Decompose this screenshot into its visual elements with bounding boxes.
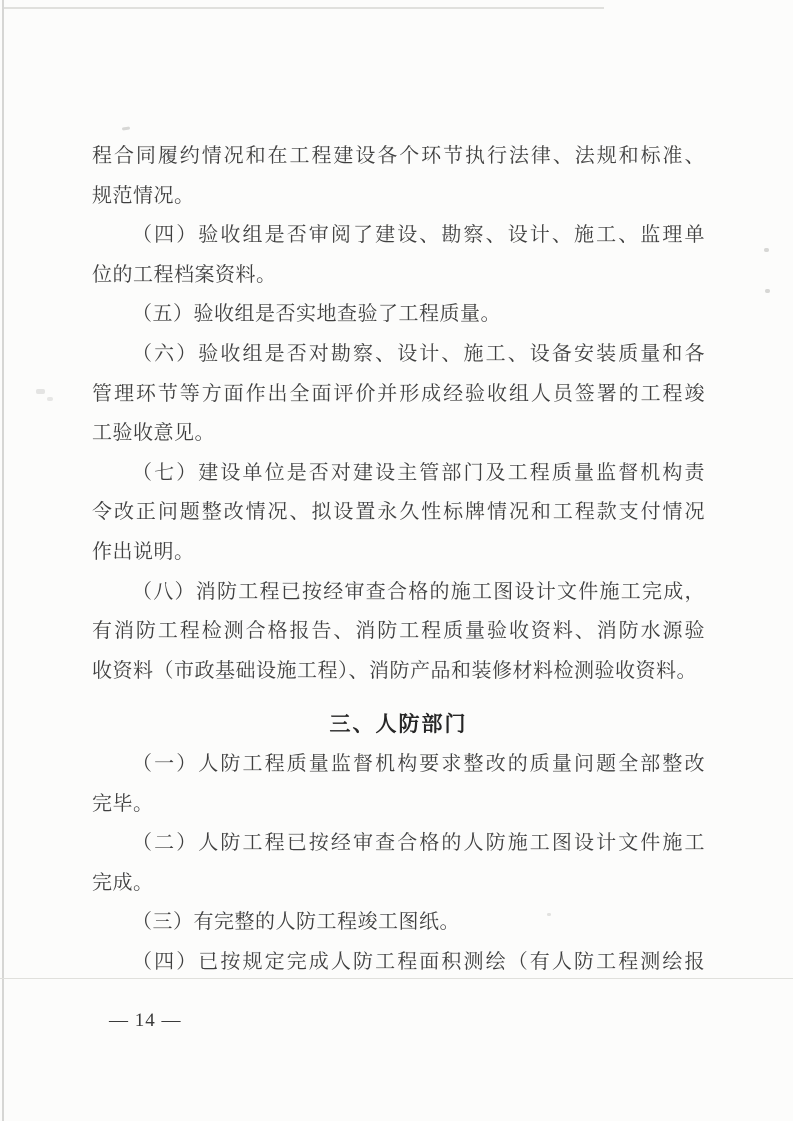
section-heading: 三、人防部门: [92, 705, 705, 745]
scan-speck: [765, 289, 770, 293]
text-line: （四）已按规定完成人防工程面积测绘（有人防工程测绘报: [92, 943, 705, 983]
document-body: 程合同履约情况和在工程建设各个环节执行法律、法规和标准、规范情况。（四）验收组是…: [92, 137, 705, 982]
scan-speck: [122, 126, 130, 130]
text-line: 程合同履约情况和在工程建设各个环节执行法律、法规和标准、: [92, 137, 705, 177]
paragraph: （四）已按规定完成人防工程面积测绘（有人防工程测绘报: [92, 943, 705, 983]
text-line: （四）验收组是否审阅了建设、勘察、设计、施工、监理单: [92, 216, 705, 256]
paragraph: 程合同履约情况和在工程建设各个环节执行法律、法规和标准、规范情况。: [92, 137, 705, 216]
text-line: 位的工程档案资料。: [92, 256, 705, 296]
text-line: 工验收意见。: [92, 414, 705, 454]
scan-edge-left: [2, 0, 4, 1121]
text-line: 有消防工程检测合格报告、消防工程质量验收资料、消防水源验: [92, 612, 705, 652]
paragraph: （八）消防工程已按经审查合格的施工图设计文件施工完成，有消防工程检测合格报告、消…: [92, 573, 705, 692]
heading-text: 三、人防部门: [92, 705, 705, 745]
scan-speck: [764, 248, 769, 252]
text-line: （一）人防工程质量监督机构要求整改的质量问题全部整改: [92, 745, 705, 785]
text-line: 管理环节等方面作出全面评价并形成经验收组人员签署的工程竣: [92, 375, 705, 415]
text-line: 完成。: [92, 864, 705, 904]
text-line: （八）消防工程已按经审查合格的施工图设计文件施工完成，: [92, 573, 705, 613]
text-line: 收资料（市政基础设施工程）、消防产品和装修材料检测验收资料。: [92, 652, 705, 692]
paragraph: （六）验收组是否对勘察、设计、施工、设备安装质量和各管理环节等方面作出全面评价并…: [92, 335, 705, 454]
paragraph: （四）验收组是否审阅了建设、勘察、设计、施工、监理单位的工程档案资料。: [92, 216, 705, 295]
paragraph: （一）人防工程质量监督机构要求整改的质量问题全部整改完毕。: [92, 745, 705, 824]
paragraph: （二）人防工程已按经审查合格的人防施工图设计文件施工完成。: [92, 824, 705, 903]
text-line: （二）人防工程已按经审查合格的人防施工图设计文件施工: [92, 824, 705, 864]
scan-speck: [47, 397, 53, 401]
text-line: （五）验收组是否实地查验了工程质量。: [92, 295, 705, 335]
text-line: （六）验收组是否对勘察、设计、施工、设备安装质量和各: [92, 335, 705, 375]
page-number: — 14 —: [109, 1010, 182, 1032]
text-line: 令改正问题整改情况、拟设置永久性标牌情况和工程款支付情况: [92, 493, 705, 533]
paragraph: （三）有完整的人防工程竣工图纸。: [92, 903, 705, 943]
paragraph: （七）建设单位是否对建设主管部门及工程质量监督机构责令改正问题整改情况、拟设置永…: [92, 454, 705, 573]
paragraph: （五）验收组是否实地查验了工程质量。: [92, 295, 705, 335]
text-line: 规范情况。: [92, 177, 705, 217]
text-line: 完毕。: [92, 785, 705, 825]
text-line: （三）有完整的人防工程竣工图纸。: [92, 903, 705, 943]
scan-edge-top: [4, 7, 604, 9]
text-line: （七）建设单位是否对建设主管部门及工程质量监督机构责: [92, 454, 705, 494]
scan-speck: [36, 389, 45, 394]
text-line: 作出说明。: [92, 533, 705, 573]
